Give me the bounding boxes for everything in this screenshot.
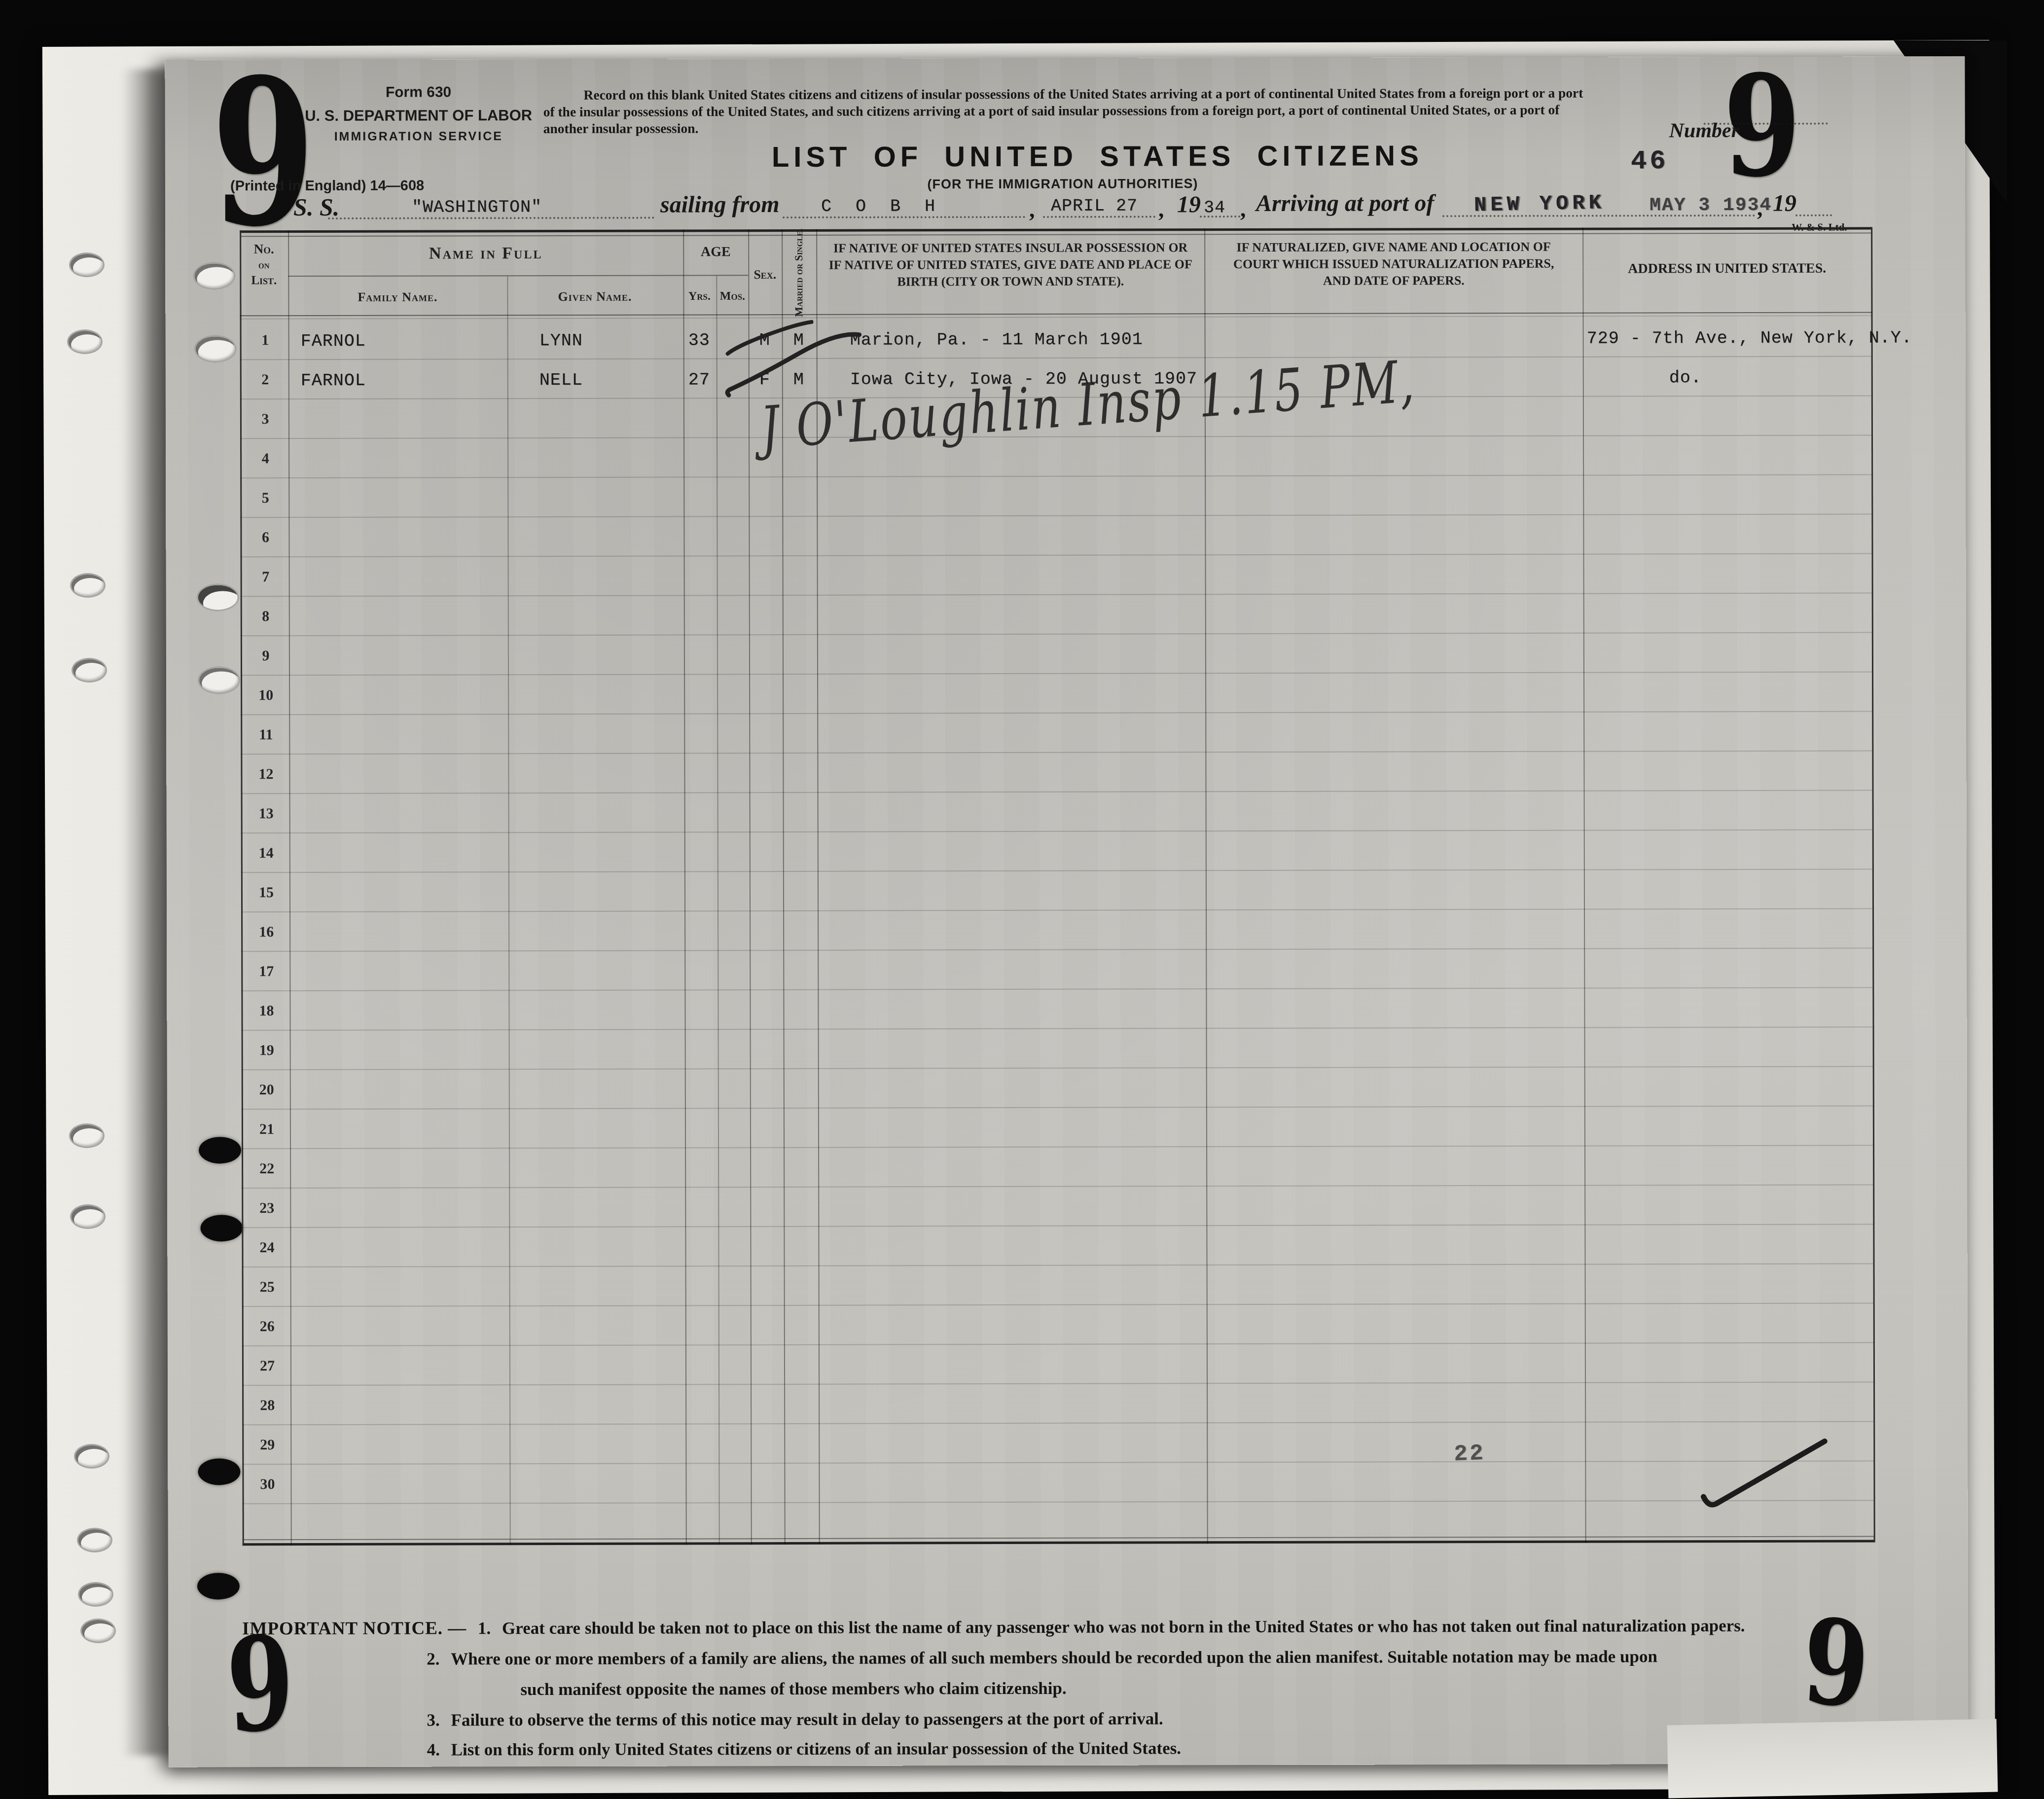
service-label: IMMIGRATION SERVICE [300, 129, 537, 144]
arrival-port-stamp: NEW YORK [1474, 191, 1606, 217]
row-number: 13 [259, 805, 274, 822]
page-title: LIST OF UNITED STATES CITIZENS [772, 140, 1354, 174]
scanned-manifest-photo: 9 9 9 9 Form 630 U. S. DEPARTMENT OF LAB… [0, 0, 2044, 1799]
cell-family-name: FARNOL [301, 371, 366, 391]
table-rows: 1234567891011121314151617181920212223242… [0, 0, 2042, 2]
punch-hole [197, 1573, 240, 1599]
row-number: 15 [259, 884, 274, 901]
row-number: 11 [259, 726, 273, 743]
row-number: 21 [259, 1121, 274, 1138]
record-instructions: Record on this blank United States citiz… [543, 85, 1584, 138]
row-number: 24 [259, 1239, 274, 1256]
comma: , [1240, 196, 1246, 222]
row-number: 17 [259, 963, 274, 980]
column-header-age: AGE [701, 244, 731, 260]
cell-address: do. [1669, 368, 1702, 388]
page-number-stamp-bottom-right: 9 [1799, 1602, 1872, 1726]
ship-name: "WASHINGTON" [412, 197, 542, 217]
department-label: U. S. DEPARTMENT OF LABOR [300, 107, 537, 125]
row-number: 6 [262, 529, 269, 546]
cell-age-years: 27 [688, 370, 710, 390]
cell-given-name: LYNN [539, 331, 583, 351]
comma: , [1158, 196, 1164, 222]
sheet-count-stamp: 22 [1453, 1440, 1485, 1467]
notice-item-number: 2. [427, 1649, 439, 1668]
bottom-right-page-fold [1667, 1719, 1998, 1799]
year-suffix-blank [1795, 215, 1832, 216]
row-number: 27 [260, 1358, 275, 1374]
punch-hole [197, 583, 239, 611]
cell-married-or-single: M [793, 370, 804, 390]
cell-married-or-single: M [793, 330, 804, 350]
row-number: 8 [262, 608, 269, 625]
arrival-date-stamp: MAY 3 1934 [1650, 195, 1772, 216]
punch-hole [194, 335, 237, 362]
comma: , [1029, 196, 1035, 222]
sailing-from-label: sailing from [660, 191, 780, 218]
notice-item-text: Where one or more members of a family ar… [451, 1647, 1657, 1668]
form-id-block: Form 630 U. S. DEPARTMENT OF LABOR IMMIG… [300, 84, 537, 144]
voyage-line: S. S. "WASHINGTON" sailing from C O B H … [0, 0, 2042, 2]
column-header-married-or-single: Married or Single. [792, 226, 806, 320]
notice-item-number: 4. [427, 1740, 440, 1759]
row-number: 30 [260, 1476, 275, 1493]
column-header-sex: Sex. [753, 267, 776, 282]
cell-age-years: 33 [688, 330, 710, 350]
row-number: 12 [258, 766, 273, 783]
row-number: 1 [261, 332, 269, 349]
form-number: Form 630 [300, 84, 537, 101]
row-number: 14 [259, 845, 274, 862]
column-header-yrs: Yrs. [688, 290, 711, 303]
punch-hole [200, 1215, 243, 1241]
row-number: 10 [258, 687, 273, 704]
row-number: 22 [259, 1160, 274, 1177]
row-number: 3 [261, 411, 269, 428]
column-header-address: ADDRESS IN UNITED STATES. [1628, 261, 1826, 277]
cell-place-of-birth: Marion, Pa. - 11 March 1901 [850, 329, 1143, 350]
printed-in-england-note: (Printed in England) 14—608 [230, 178, 424, 195]
cell-place-of-birth: Iowa City, Iowa - 20 August 1907 [850, 369, 1197, 389]
year-typed: 34 [1204, 198, 1225, 217]
notice-heading: IMPORTANT NOTICE. — [242, 1618, 466, 1639]
manifest-number-stamp: 46 [1631, 146, 1669, 177]
notice-item-text: such manifest opposite the names of thos… [520, 1679, 1066, 1699]
row-number: 16 [259, 924, 274, 940]
departure-date-blank [1043, 216, 1155, 217]
punch-hole [198, 1458, 240, 1485]
cell-family-name: FARNOL [301, 331, 366, 351]
row-number: 19 [259, 1042, 274, 1059]
departure-date: APRIL 27 [1051, 196, 1138, 216]
row-number: 26 [260, 1318, 275, 1335]
row-number: 5 [262, 490, 269, 506]
notice-item-text: List on this form only United States cit… [451, 1738, 1182, 1759]
row-number: 28 [260, 1397, 275, 1414]
column-header-no: List. [251, 274, 277, 288]
column-header-mos: Mos. [720, 290, 745, 303]
row-number: 29 [260, 1437, 275, 1453]
punch-hole [199, 1137, 241, 1163]
row-number: 4 [262, 450, 269, 467]
manifest-table: No. on List. Name in Full Family Name. G… [0, 0, 2042, 2]
cell-given-name: NELL [539, 370, 583, 390]
page-number-stamp-top-left: 9 [211, 53, 315, 254]
notice-item-number: 1. [478, 1619, 491, 1638]
cell-address: 729 - 7th Ave., New York, N.Y. [1587, 328, 1912, 348]
row-number: 23 [259, 1200, 274, 1217]
row-number: 20 [259, 1081, 274, 1098]
column-header-no: No. [254, 242, 274, 257]
column-header-family-name: Family Name. [358, 289, 437, 304]
row-number: 9 [262, 648, 269, 664]
punch-hole [198, 666, 240, 694]
column-header-name-in-full: Name in Full [429, 244, 542, 263]
notice-item-text: Great care should be taken not to place … [502, 1616, 1745, 1638]
row-number: 2 [261, 371, 269, 388]
column-header-birth: IF NATIVE OF UNITED STATES INSULAR POSSE… [826, 239, 1195, 290]
important-notice: IMPORTANT NOTICE. — 1. Great care should… [0, 0, 2042, 2]
row-number: 25 [260, 1279, 275, 1295]
notice-item-text: Failure to observe the terms of this not… [451, 1709, 1163, 1729]
row-number: 7 [262, 569, 269, 585]
column-header-no: on [258, 258, 270, 271]
arriving-label: Arriving at port of [1256, 189, 1434, 217]
year-printed: 19 [1177, 191, 1201, 218]
cell-sex: F [759, 370, 770, 390]
column-header-naturalized: IF NATURALIZED, GIVE NAME AND LOCATION O… [1219, 239, 1568, 289]
number-blank-line [1704, 123, 1828, 125]
departure-port: C O B H [821, 196, 942, 216]
row-number: 18 [259, 1003, 274, 1019]
comma: , [1757, 195, 1763, 221]
year-suffix: 19 [1773, 190, 1796, 217]
notice-item-number: 3. [427, 1710, 439, 1729]
cell-sex: M [759, 330, 770, 350]
column-header-given-name: Given Name. [558, 289, 632, 304]
